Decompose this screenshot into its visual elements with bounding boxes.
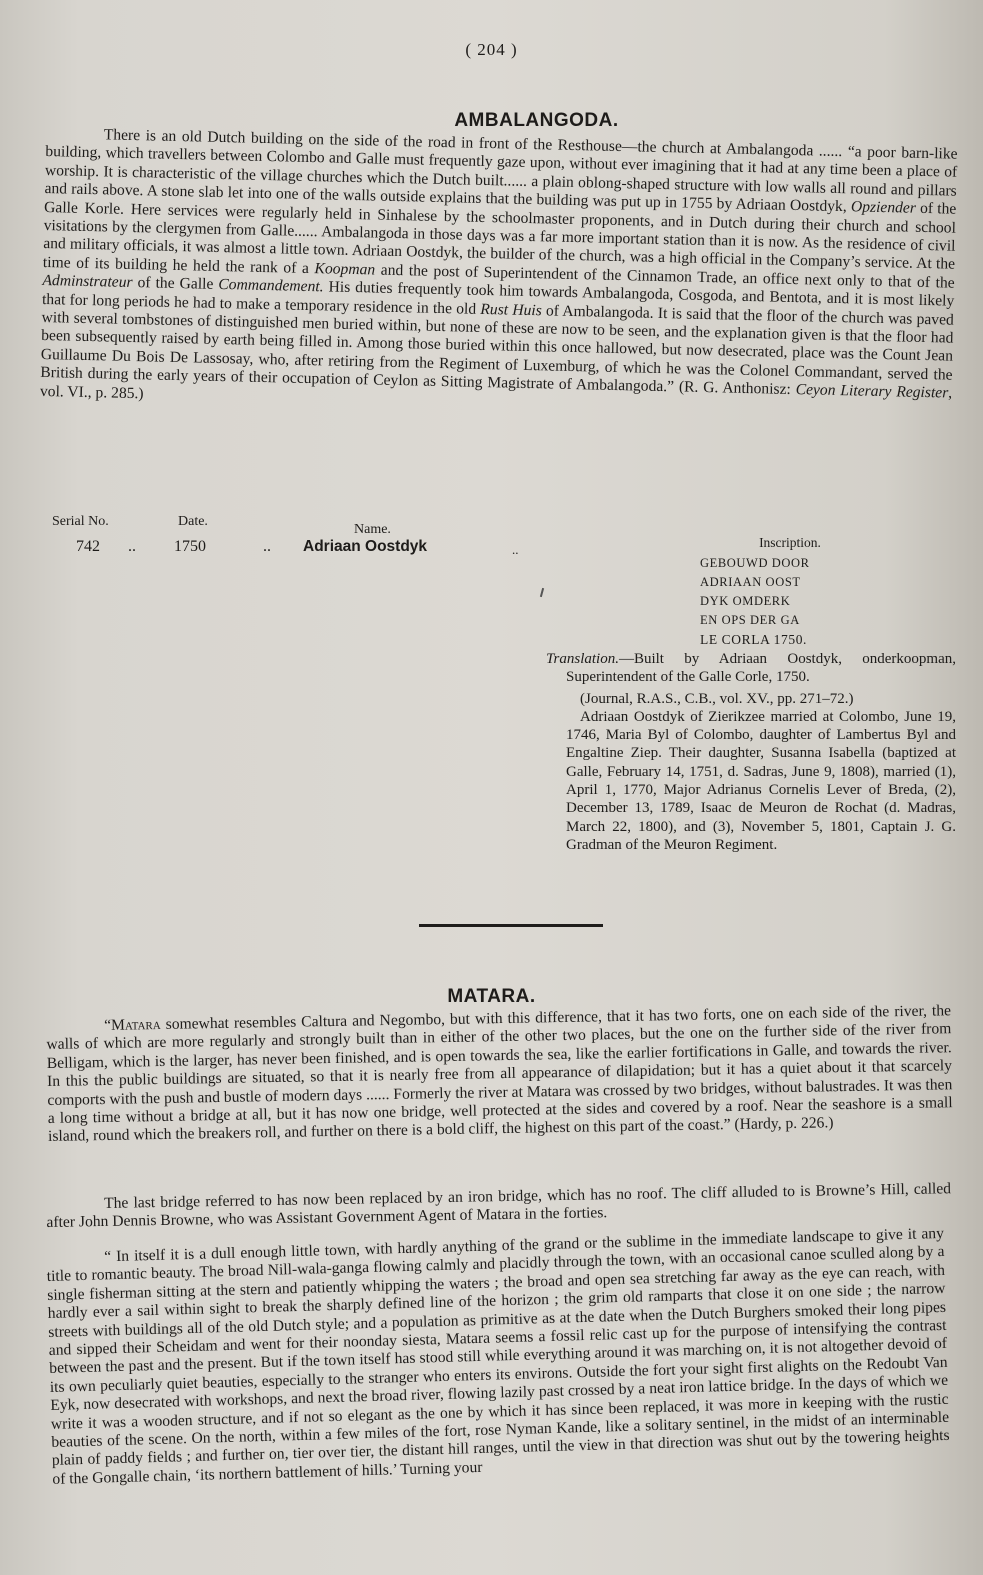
smallcaps-term: Matara	[111, 1016, 161, 1034]
inscription-line: EN OPS DER GA	[700, 611, 880, 630]
ambalangoda-paragraph: There is an old Dutch building on the si…	[40, 125, 958, 422]
inscription-line: GEBOUWD DOOR	[700, 554, 880, 573]
italic-term: Adminstrateur	[42, 272, 132, 291]
note-text: Adriaan Oostdyk of Zierikzee married at …	[566, 709, 956, 853]
translation-block: Translation.—Built by Adriaan Oostdyk, o…	[546, 650, 956, 854]
inscription-block: Inscription. GEBOUWD DOOR ADRIAAN OOST D…	[700, 533, 880, 649]
header-inscription: Inscription.	[700, 533, 880, 552]
cell-sep: ..	[128, 538, 136, 556]
cell-serial: 742	[76, 538, 100, 556]
italic-term: Rust Huis	[480, 301, 542, 319]
italic-term: Commandement.	[218, 276, 324, 295]
italic-term: Koopman	[314, 260, 375, 278]
citation-title: Ceyon Literary Register	[795, 381, 948, 401]
translation-label: Translation.	[546, 651, 619, 667]
matara-paragraph-2: The last bridge referred to has now been…	[46, 1180, 952, 1233]
translation-text: Translation.—Built by Adriaan Oostdyk, o…	[546, 650, 956, 687]
page-number: ( 204 )	[0, 40, 983, 60]
book-page: ( 204 ) AMBALANGODA. There is an old Dut…	[0, 0, 983, 1575]
matara-paragraph-3: “ In itself it is a dull enough little t…	[46, 1225, 950, 1489]
ink-mark	[540, 588, 544, 597]
translation-body: —Built by Adriaan Oostdyk, onderkoopman,…	[566, 651, 956, 685]
text-run: somewhat resembles Caltura and Negombo, …	[46, 1002, 952, 1145]
italic-term: Opziender	[851, 199, 916, 217]
section-divider	[419, 924, 603, 927]
cell-name: Adriaan Oostdyk	[303, 538, 427, 556]
table-header: Serial No. Date. Name.	[52, 514, 472, 534]
translation-reference: (Journal, R.A.S., C.B., vol. XV., pp. 27…	[546, 690, 956, 708]
inscription-line: ADRIAAN OOST	[700, 573, 880, 592]
cell-date: 1750	[174, 538, 206, 556]
text-run: The last bridge referred to has now been…	[46, 1180, 951, 1231]
matara-paragraph-1: “Matara somewhat resembles Caltura and N…	[46, 1002, 953, 1147]
header-name: Name.	[354, 522, 391, 538]
text-run: of the Galle	[132, 274, 218, 293]
cell-sep: ..	[512, 542, 519, 558]
inscription-line: LE CORLA 1750.	[700, 630, 880, 649]
text-run: “ In itself it is a dull enough little t…	[47, 1225, 950, 1488]
inscription-line: DYK OMDERK	[700, 592, 880, 611]
header-serial: Serial No.	[52, 514, 109, 530]
biographical-note: Adriaan Oostdyk of Zierikzee married at …	[546, 708, 956, 854]
table-row: 742 .. 1750 .. Adriaan Oostdyk ..	[52, 538, 572, 560]
cell-sep: ..	[263, 538, 271, 556]
header-date: Date.	[178, 514, 208, 530]
